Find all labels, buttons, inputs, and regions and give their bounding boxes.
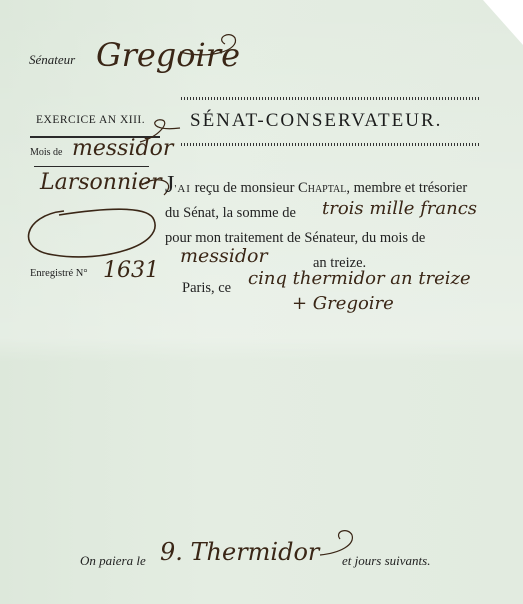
document-paper	[0, 0, 523, 604]
line1-text-end: , membre et trésorier	[346, 180, 467, 196]
pay-date-handwritten: 9. Thermidor	[160, 538, 319, 566]
treasurer-name: Chaptal	[298, 180, 346, 196]
date-handwritten: cinq thermidor an treize	[248, 268, 471, 289]
margin-paraph-flourish	[14, 175, 174, 265]
smallcaps-ai: 'AI	[174, 183, 191, 195]
month-rule	[34, 166, 149, 167]
amount-handwritten: trois mille francs	[322, 198, 477, 219]
month-flourish	[140, 118, 190, 148]
pay-label: On paiera le	[80, 553, 146, 569]
exercise-label: EXERCICE AN XIII.	[36, 114, 145, 126]
registered-number-handwritten: 1631	[103, 258, 159, 283]
dropcap: J	[165, 172, 174, 198]
month-body-handwritten: messidor	[180, 245, 268, 267]
signature-handwritten: + Gregoire	[292, 293, 394, 314]
line1-text: reçu de monsieur	[191, 180, 298, 196]
pay-suffix: et jours suivants.	[342, 553, 430, 569]
place-date-label: Paris, ce	[182, 280, 231, 297]
senator-flourish	[180, 30, 250, 60]
month-label: Mois de	[30, 147, 63, 158]
body-line-1: J'AI reçu de monsieur Chaptal, membre et…	[165, 172, 467, 199]
registered-label: Enregistré N°	[30, 268, 88, 279]
body-line-2: du Sénat, la somme de	[165, 205, 296, 222]
title-bottom-rule	[181, 143, 481, 146]
document-title: SÉNAT-CONSERVATEUR.	[190, 110, 442, 132]
title-top-rule	[181, 97, 481, 100]
senator-label: Sénateur	[29, 52, 75, 68]
